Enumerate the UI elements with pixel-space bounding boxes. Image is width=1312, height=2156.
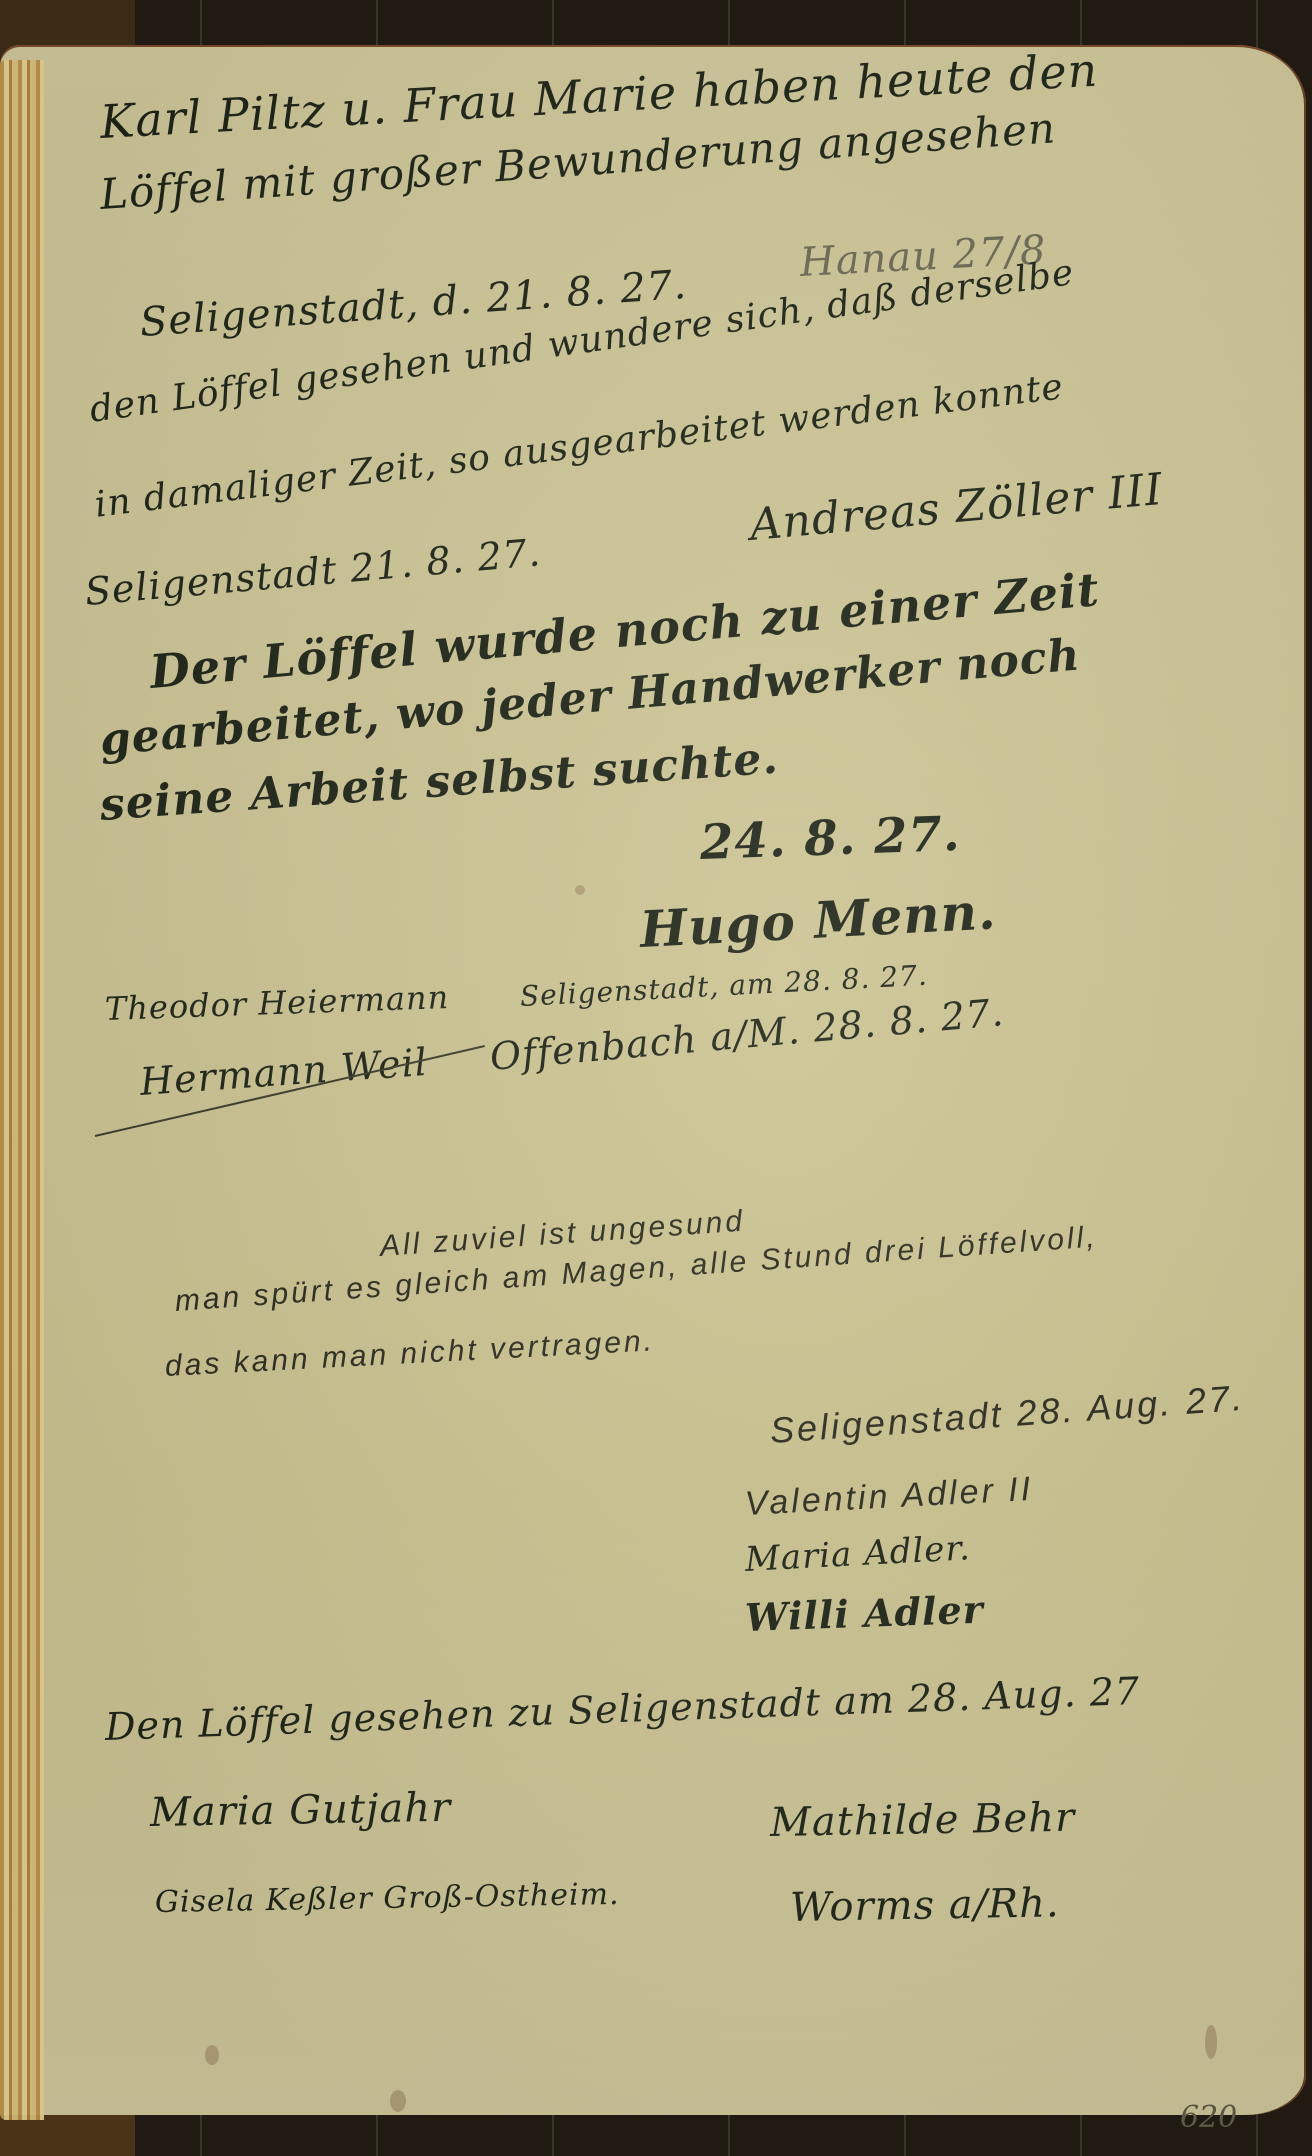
document-photo: Karl Piltz u. Frau Marie haben heute den… [0, 0, 1312, 2156]
entry-4-signature: Theodor Heiermann [104, 978, 449, 1028]
entry-6-place-date: Seligenstadt 28. Aug. 27. [769, 1377, 1247, 1452]
entry-6-signature-3: Willi Adler [744, 1587, 984, 1640]
entry-7-signature-right-2: Worms a/Rh. [790, 1880, 1060, 1931]
entry-7-signature-left-2: Gisela Keßler Groß-Ostheim. [155, 1877, 620, 1920]
ink-stain [205, 2045, 219, 2065]
entry-5-signature: Hermann Weil [138, 1040, 429, 1104]
entry-2-signature: Andreas Zöller III [748, 464, 1165, 551]
ink-stain [1205, 2025, 1217, 2059]
entry-6-signature-2: Maria Adler. [744, 1528, 972, 1580]
entry-6-poem-line-3: das kann man nicht vertragen. [164, 1324, 656, 1384]
entry-7-line: Den Löffel gesehen zu Seligenstadt am 28… [104, 1669, 1141, 1749]
entry-6-signature-1: Valentin Adler II [744, 1470, 1034, 1524]
entry-2-place-date: Seligenstadt 21. 8. 27. [83, 530, 543, 614]
page-number: 620 [1180, 2100, 1237, 2135]
book-page: Karl Piltz u. Frau Marie haben heute den… [0, 45, 1306, 2115]
entry-3-date: 24. 8. 27. [699, 806, 961, 871]
entry-7-signature-left-1: Maria Gutjahr [150, 1785, 452, 1836]
page-edges [0, 60, 44, 2120]
entry-7-signature-right-1: Mathilde Behr [770, 1795, 1076, 1846]
ink-stain [390, 2090, 406, 2112]
entry-3-signature: Hugo Menn. [638, 881, 997, 959]
ink-stain [575, 885, 585, 895]
